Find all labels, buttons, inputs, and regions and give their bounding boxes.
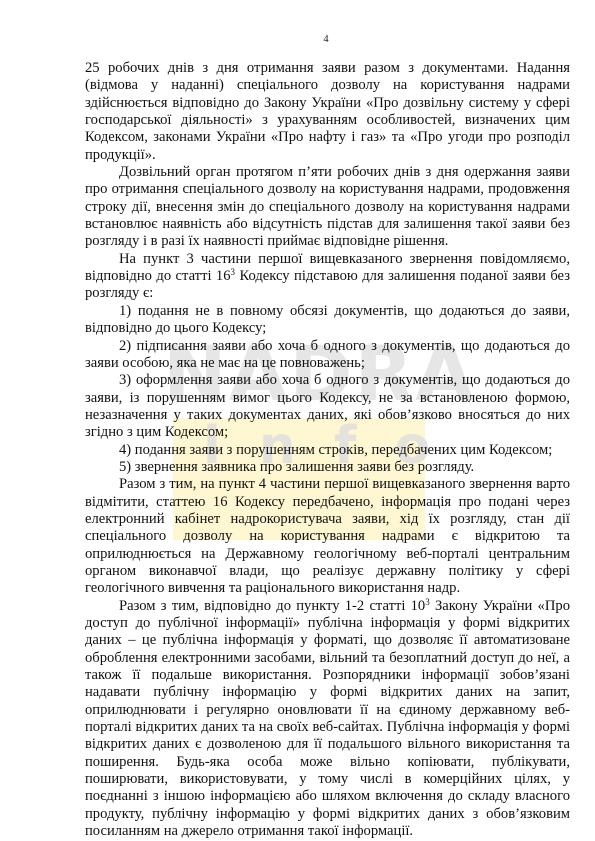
list-item-4: 4) подання заяви з порушенням строків, п… bbox=[85, 442, 570, 459]
paragraph-decision-term: 25 робочих днів з дня отримання заяви ра… bbox=[85, 60, 570, 164]
paragraph-electronic-cabinet: Разом з тим, на пункт 4 частини першої в… bbox=[85, 476, 570, 597]
document-body: 25 робочих днів з дня отримання заяви ра… bbox=[85, 60, 570, 840]
page-number: 4 bbox=[0, 34, 595, 45]
paragraph-public-info: Разом з тим, відповідно до пункту 1-2 ст… bbox=[85, 598, 570, 841]
public-info-text: Разом з тим, відповідно до пункту 1-2 ст… bbox=[119, 598, 425, 614]
list-item-3: 3) оформлення заяви або хоча б одного з … bbox=[85, 372, 570, 441]
paragraph-grounds-intro: На пункт 3 частини першої вищевказаного … bbox=[85, 251, 570, 303]
paragraph-permit-authority: Дозвільний орган протягом п’яти робочих … bbox=[85, 164, 570, 251]
list-item-1: 1) подання не в повному обсязі документі… bbox=[85, 303, 570, 338]
list-item-5: 5) звернення заявника про залишення заяв… bbox=[85, 459, 570, 476]
list-item-2: 2) підписання заяви або хоча б одного з … bbox=[85, 338, 570, 373]
public-info-text-cont: Закону України «Про доступ до публічної … bbox=[85, 598, 570, 839]
document-page: 4 NADRA info 25 робочих днів з дня отрим… bbox=[0, 0, 595, 841]
